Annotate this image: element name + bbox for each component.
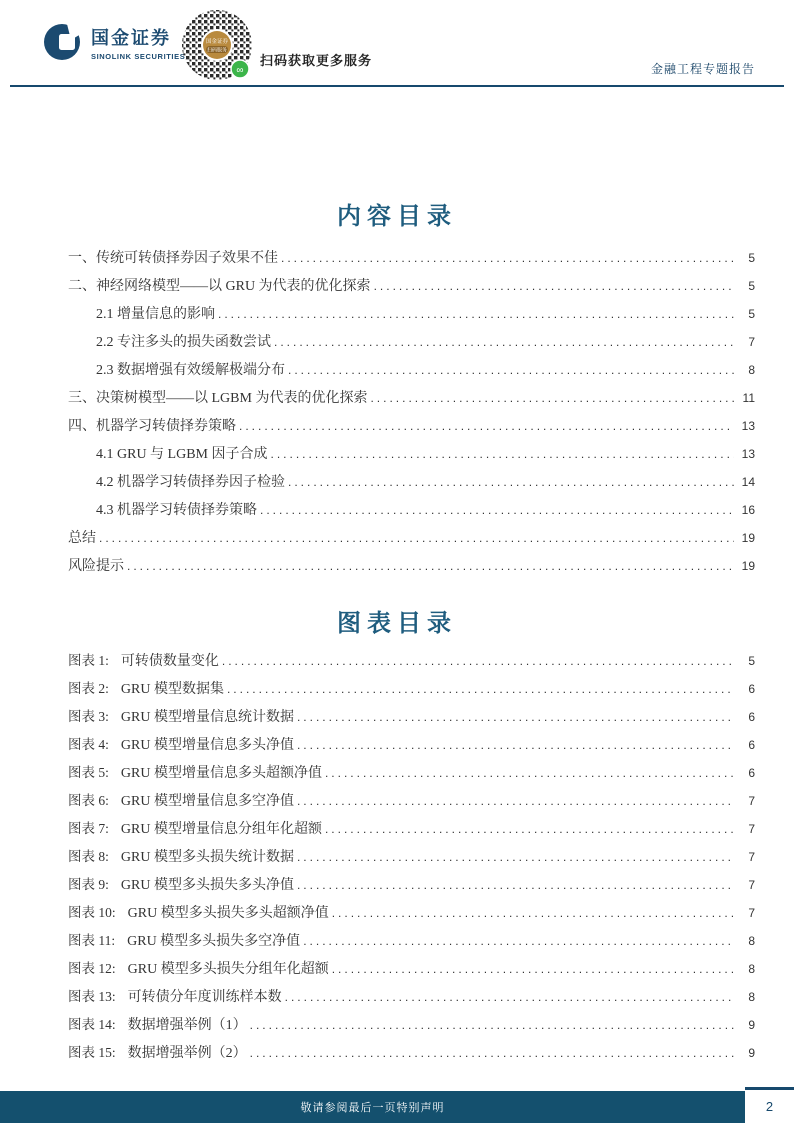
toc-entry-text: 二、神经网络模型——以 GRU 为代表的优化探索: [68, 275, 371, 295]
dot-leader: [370, 391, 734, 405]
qr-center-badge: [203, 31, 231, 59]
toc-entry-page: 19: [737, 559, 755, 573]
figure-entry-page: 9: [737, 1046, 755, 1060]
dot-leader: [127, 559, 734, 573]
figure-entry-label: 图表 12:: [68, 957, 116, 977]
dot-leader: [281, 251, 734, 265]
figure-entry-label: 图表 6:: [68, 789, 109, 809]
toc-entry[interactable]: 一、传统可转债择券因子效果不佳5: [68, 247, 755, 275]
figure-entry-label: 图表 3:: [68, 705, 109, 725]
toc-entry[interactable]: 2.1 增量信息的影响5: [68, 303, 755, 331]
toc-entry-page: 19: [737, 531, 755, 545]
dot-leader: [218, 307, 734, 321]
figure-entry-page: 6: [737, 738, 755, 752]
figures-title: 图表目录: [0, 603, 794, 638]
toc-entry-text: 4.3 机器学习转债择券策略: [96, 499, 257, 519]
figure-entry-text: GRU 模型数据集: [121, 678, 224, 698]
figure-entry-label: 图表 1:: [68, 649, 109, 669]
dot-leader: [271, 447, 734, 461]
toc-entry-page: 5: [737, 279, 755, 293]
svg-text:∞: ∞: [236, 65, 243, 76]
toc-entry-page: 8: [737, 363, 755, 377]
dot-leader: [297, 710, 734, 724]
figure-entry-text: GRU 模型增量信息多头净值: [121, 734, 294, 754]
figure-entry-label: 图表 9:: [68, 873, 109, 893]
dot-leader: [222, 654, 734, 668]
dot-leader: [288, 475, 734, 489]
dot-leader: [250, 1018, 734, 1032]
toc-entry-page: 7: [737, 335, 755, 349]
dot-leader: [297, 738, 734, 752]
figure-entry-label: 图表 15:: [68, 1041, 116, 1061]
figure-entry-label: 图表 5:: [68, 761, 109, 781]
toc-entry[interactable]: 4.1 GRU 与 LGBM 因子合成13: [68, 443, 755, 471]
toc-entry-page: 5: [737, 307, 755, 321]
toc-entry[interactable]: 总结19: [68, 527, 755, 555]
toc-entry-text: 风险提示: [68, 555, 124, 575]
dot-leader: [288, 363, 734, 377]
figure-entry-text: GRU 模型多头损失分组年化超额: [128, 958, 329, 978]
toc-entry-text: 2.2 专注多头的损失函数尝试: [96, 331, 271, 351]
footer-bar: 敬请参阅最后一页特别声明: [0, 1091, 745, 1123]
figure-entry[interactable]: 图表 3:GRU 模型增量信息统计数据6: [68, 705, 755, 733]
figure-entry-label: 图表 10:: [68, 901, 116, 921]
figure-entry-page: 6: [737, 710, 755, 724]
figure-entry-text: 可转债数量变化: [121, 650, 219, 670]
figure-entry-page: 7: [737, 906, 755, 920]
qr-caption: 扫码获取更多服务: [260, 50, 372, 69]
figure-entry[interactable]: 图表 9:GRU 模型多头损失多头净值7: [68, 873, 755, 901]
figure-entry-text: GRU 模型多头损失统计数据: [121, 846, 294, 866]
figure-entry-page: 7: [737, 878, 755, 892]
figure-entry[interactable]: 图表 10:GRU 模型多头损失多头超额净值7: [68, 901, 755, 929]
figure-entry[interactable]: 图表 14:数据增强举例（1）9: [68, 1013, 755, 1041]
header-divider: [10, 85, 784, 87]
dot-leader: [285, 990, 734, 1004]
figure-entry-label: 图表 13:: [68, 985, 116, 1005]
dot-leader: [332, 962, 734, 976]
toc-entry-text: 四、机器学习转债择券策略: [68, 415, 236, 435]
toc-entry[interactable]: 4.3 机器学习转债择券策略16: [68, 499, 755, 527]
toc-entry[interactable]: 风险提示19: [68, 555, 755, 583]
toc-entry-text: 2.3 数据增强有效缓解极端分布: [96, 359, 285, 379]
dot-leader: [227, 682, 734, 696]
figure-entry-label: 图表 2:: [68, 677, 109, 697]
dot-leader: [332, 906, 734, 920]
page-number-box: 2: [745, 1087, 794, 1123]
toc-entry-text: 4.1 GRU 与 LGBM 因子合成: [96, 443, 268, 463]
dot-leader: [297, 850, 734, 864]
toc-entry[interactable]: 4.2 机器学习转债择券因子检验14: [68, 471, 755, 499]
figure-entry-page: 8: [737, 962, 755, 976]
qr-center-text-2: 扫码服务: [207, 47, 227, 54]
dot-leader: [297, 878, 734, 892]
qr-center-text-1: 国金证券: [206, 37, 229, 45]
toc-entry[interactable]: 2.3 数据增强有效缓解极端分布8: [68, 359, 755, 387]
qr-code: 国金证券 扫码服务 ∞: [180, 8, 256, 84]
figure-entry[interactable]: 图表 15:数据增强举例（2）9: [68, 1041, 755, 1069]
figure-entry-label: 图表 8:: [68, 845, 109, 865]
dot-leader: [260, 503, 734, 517]
dot-leader: [99, 531, 734, 545]
figure-entry[interactable]: 图表 11:GRU 模型多头损失多空净值8: [68, 929, 755, 957]
figure-entry-text: 数据增强举例（2）: [128, 1042, 247, 1062]
figure-list: 图表 1:可转债数量变化5 图表 2:GRU 模型数据集6 图表 3:GRU 模…: [68, 649, 755, 1069]
figure-entry[interactable]: 图表 12:GRU 模型多头损失分组年化超额8: [68, 957, 755, 985]
figure-entry[interactable]: 图表 2:GRU 模型数据集6: [68, 677, 755, 705]
figure-entry-page: 7: [737, 794, 755, 808]
toc-entry-page: 13: [737, 447, 755, 461]
toc-entry[interactable]: 二、神经网络模型——以 GRU 为代表的优化探索5: [68, 275, 755, 303]
figure-entry[interactable]: 图表 7:GRU 模型增量信息分组年化超额7: [68, 817, 755, 845]
dot-leader: [325, 766, 734, 780]
dot-leader: [274, 335, 734, 349]
figure-entry-page: 6: [737, 766, 755, 780]
figure-entry-text: GRU 模型多头损失多头超额净值: [128, 902, 329, 922]
report-type-label: 金融工程专题报告: [651, 60, 755, 77]
figure-entry[interactable]: 图表 6:GRU 模型增量信息多空净值7: [68, 789, 755, 817]
toc-entry[interactable]: 2.2 专注多头的损失函数尝试7: [68, 331, 755, 359]
toc-entry[interactable]: 四、机器学习转债择券策略13: [68, 415, 755, 443]
figure-entry-text: GRU 模型增量信息多空净值: [121, 790, 294, 810]
dot-leader: [250, 1046, 734, 1060]
figure-entry-text: 可转债分年度训练样本数: [128, 986, 282, 1006]
figure-entry[interactable]: 图表 4:GRU 模型增量信息多头净值6: [68, 733, 755, 761]
wechat-icon: ∞: [231, 60, 249, 78]
dot-leader: [239, 419, 734, 433]
dot-leader: [297, 794, 734, 808]
toc-entry-text: 一、传统可转债择券因子效果不佳: [68, 247, 278, 267]
page-number: 2: [766, 1099, 773, 1114]
figure-entry[interactable]: 图表 1:可转债数量变化5: [68, 649, 755, 677]
footer-disclaimer: 敬请参阅最后一页特别声明: [301, 1099, 445, 1115]
figure-entry-text: 数据增强举例（1）: [128, 1014, 247, 1034]
figure-entry-text: GRU 模型增量信息统计数据: [121, 706, 294, 726]
figure-entry-text: GRU 模型增量信息分组年化超额: [121, 818, 322, 838]
toc-entry-text: 2.1 增量信息的影响: [96, 303, 215, 323]
sinolink-logo: 国金证券 SINOLINK SECURITIES: [42, 22, 185, 62]
figure-entry-label: 图表 4:: [68, 733, 109, 753]
figure-entry-text: GRU 模型增量信息多头超额净值: [121, 762, 322, 782]
figure-entry-text: GRU 模型多头损失多空净值: [127, 930, 300, 950]
figure-entry-page: 8: [737, 934, 755, 948]
figure-entry-label: 图表 14:: [68, 1013, 116, 1033]
figure-entry-text: GRU 模型多头损失多头净值: [121, 874, 294, 894]
logo-text-cn: 国金证券: [91, 24, 185, 50]
figure-entry[interactable]: 图表 8:GRU 模型多头损失统计数据7: [68, 845, 755, 873]
dot-leader: [303, 934, 734, 948]
figure-entry-page: 9: [737, 1018, 755, 1032]
figure-entry[interactable]: 图表 5:GRU 模型增量信息多头超额净值6: [68, 761, 755, 789]
toc-list: 一、传统可转债择券因子效果不佳5 二、神经网络模型——以 GRU 为代表的优化探…: [68, 247, 755, 583]
toc-entry-page: 11: [737, 391, 755, 405]
figure-entry-page: 7: [737, 822, 755, 836]
figure-entry-label: 图表 7:: [68, 817, 109, 837]
toc-entry-text: 三、决策树模型——以 LGBM 为代表的优化探索: [68, 387, 367, 407]
sinolink-logo-icon: [42, 22, 82, 62]
figure-entry-label: 图表 11:: [68, 929, 115, 949]
figure-entry-page: 7: [737, 850, 755, 864]
toc-entry-page: 5: [737, 251, 755, 265]
dot-leader: [325, 822, 734, 836]
toc-title: 内容目录: [0, 196, 794, 231]
toc-entry-page: 13: [737, 419, 755, 433]
figure-entry-page: 6: [737, 682, 755, 696]
dot-leader: [374, 279, 734, 293]
toc-entry-text: 总结: [68, 527, 96, 547]
figure-entry-page: 5: [737, 654, 755, 668]
figure-entry-page: 8: [737, 990, 755, 1004]
figure-entry[interactable]: 图表 13:可转债分年度训练样本数8: [68, 985, 755, 1013]
toc-entry-page: 16: [737, 503, 755, 517]
toc-entry-page: 14: [737, 475, 755, 489]
toc-entry-text: 4.2 机器学习转债择券因子检验: [96, 471, 285, 491]
logo-text-en: SINOLINK SECURITIES: [91, 52, 185, 61]
toc-entry[interactable]: 三、决策树模型——以 LGBM 为代表的优化探索11: [68, 387, 755, 415]
